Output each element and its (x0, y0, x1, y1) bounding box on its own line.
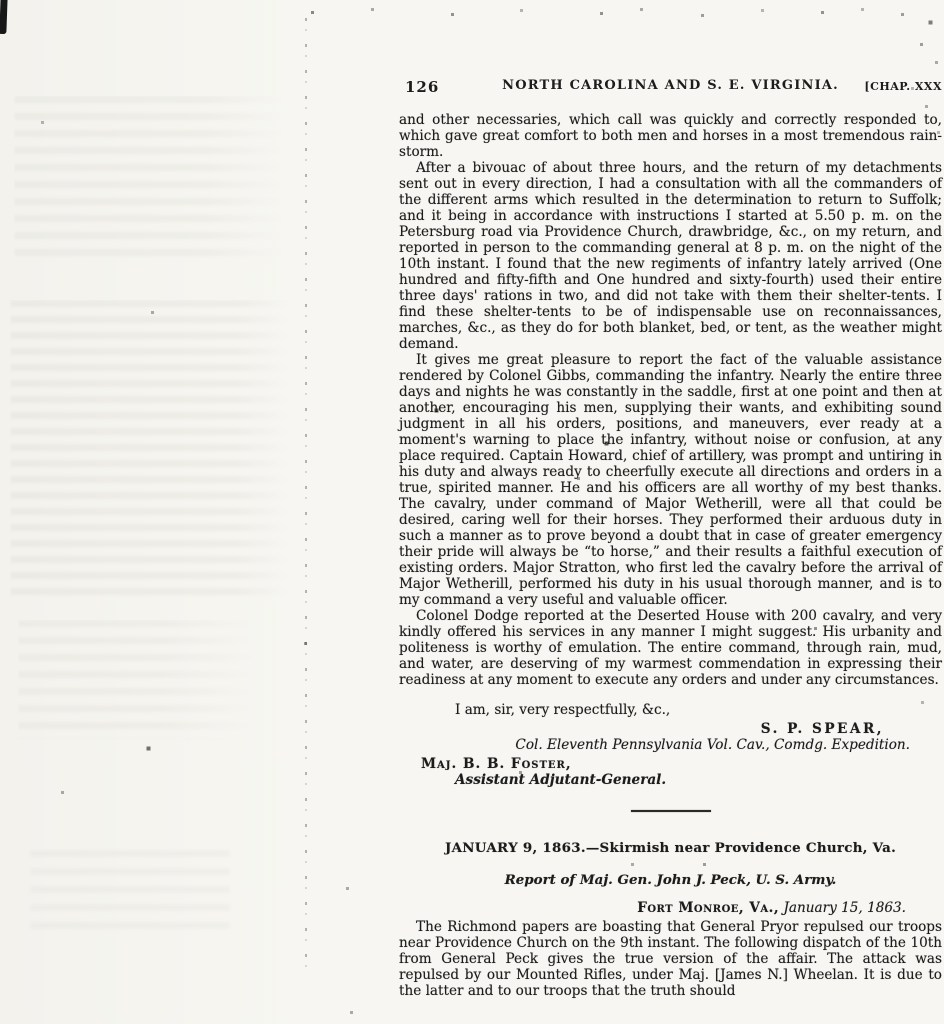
chapter-label: [CHAP. XXX (864, 80, 942, 93)
signature-name: S. P. SPEAR, (399, 721, 942, 737)
ghost-text-block (30, 850, 230, 940)
paragraph: Colonel Dodge reported at the Deserted H… (399, 608, 942, 688)
closing-line: I am, sir, very respectfully, &c., (399, 702, 942, 718)
paragraph-continuation: and other necessaries, which call was qu… (399, 112, 942, 160)
report-subheading: Report of Maj. Gen. John J. Peck, U. S. … (399, 872, 942, 888)
dateline-date: January 15, 1863. (779, 900, 906, 916)
scanned-page: 126 NORTH CAROLINA AND S. E. VIRGINIA. [… (0, 0, 944, 1024)
addressee-title: Assistant Adjutant-General. (399, 772, 942, 788)
ghost-text-block (18, 620, 258, 740)
signature-title: Col. Eleventh Pennsylvania Vol. Cav., Co… (399, 737, 942, 753)
section-divider (631, 810, 711, 812)
paragraph: After a bivouac of about three hours, an… (399, 160, 942, 352)
ghost-text-block (10, 300, 290, 600)
paragraph: The Richmond papers are boasting that Ge… (399, 919, 942, 999)
addressee-name: Maj. B. B. Foster, (399, 756, 942, 772)
report-body: and other necessaries, which call was qu… (399, 112, 942, 999)
dateline-place: Fort Monroe, Va., (637, 900, 779, 916)
running-title: NORTH CAROLINA AND S. E. VIRGINIA. (399, 78, 942, 93)
ghost-text-block (14, 96, 286, 266)
page-fold-line (305, 18, 307, 968)
running-header: 126 NORTH CAROLINA AND S. E. VIRGINIA. [… (399, 78, 942, 96)
adjacent-page-bleed (0, 0, 308, 1024)
report-heading: JANUARY 9, 1863.—Skirmish near Providenc… (399, 840, 942, 856)
printed-column: 126 NORTH CAROLINA AND S. E. VIRGINIA. [… (399, 78, 942, 999)
scan-noise (0, 0, 1, 1)
dateline: Fort Monroe, Va., January 15, 1863. (399, 900, 942, 916)
scan-edge-mark (0, 0, 8, 34)
paragraph: It gives me great pleasure to report the… (399, 352, 942, 608)
